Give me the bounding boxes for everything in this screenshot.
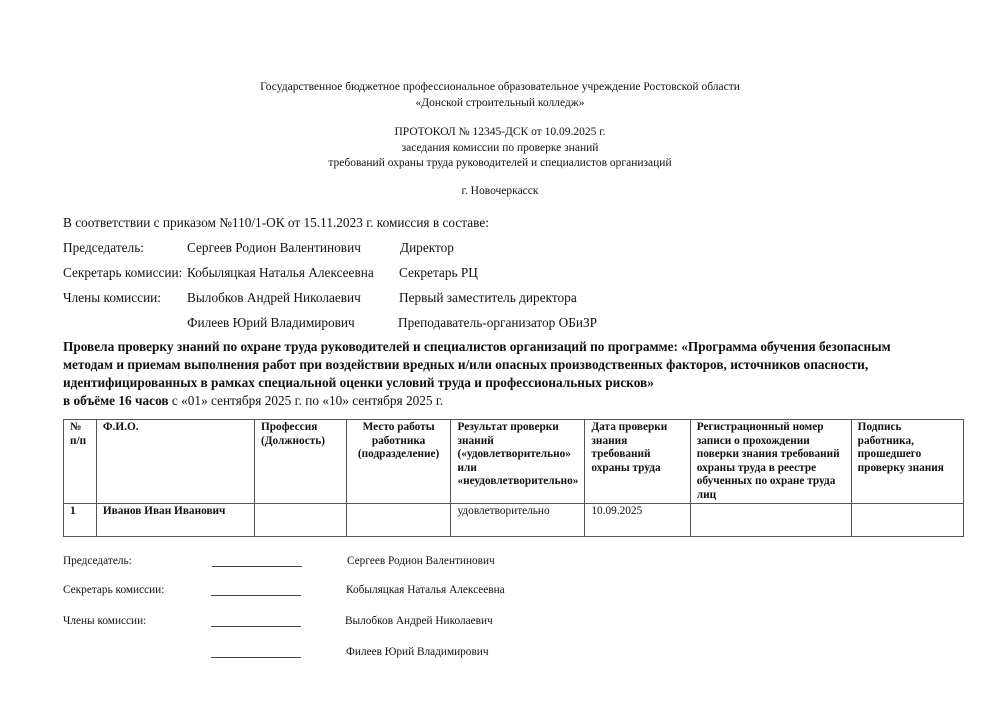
commission-intro: В соответствии с приказом №110/1-ОК от 1…: [63, 214, 489, 232]
member-position: Секретарь РЦ: [399, 264, 478, 282]
cell-fio: Иванов Иван Иванович: [96, 504, 254, 537]
member-position: Преподаватель-организатор ОБиЗР: [398, 314, 597, 332]
program-period: с «01» сентября 2025 г. по «10» сентября…: [169, 393, 444, 408]
protocol-subtitle-1: заседания комиссии по проверке знаний: [0, 140, 1000, 156]
cell-profession: [254, 504, 346, 537]
signature-line: [211, 595, 301, 596]
member-position: Директор: [400, 239, 454, 257]
signature-line: [212, 566, 302, 567]
program-volume: в объёме 16 часов: [63, 393, 169, 408]
results-table: № п/п Ф.И.О. Профессия (Должность) Место…: [63, 419, 964, 537]
signature-name: Кобыляцкая Наталья Алексеевна: [346, 583, 505, 597]
city: г. Новочеркасск: [0, 183, 1000, 199]
col-header-signature: Подпись работника, прошедшего проверку з…: [851, 420, 963, 504]
member-role: Члены комиссии:: [63, 289, 161, 307]
member-position: Первый заместитель директора: [399, 289, 577, 307]
col-header-number: № п/п: [64, 420, 97, 504]
col-header-reg-number: Регистрационный номер записи о прохожден…: [690, 420, 851, 504]
table-header-row: № п/п Ф.И.О. Профессия (Должность) Место…: [64, 420, 964, 504]
org-name-line1: Государственное бюджетное профессиональн…: [0, 79, 1000, 95]
signature-role: Председатель:: [63, 554, 132, 568]
member-name: Вылобков Андрей Николаевич: [187, 289, 361, 307]
signature-name: Филеев Юрий Владимирович: [346, 645, 489, 659]
protocol-subtitle-2: требований охраны труда руководителей и …: [0, 155, 1000, 171]
cell-reg-number: [690, 504, 851, 537]
cell-date: 10.09.2025: [585, 504, 690, 537]
cell-signature: [851, 504, 963, 537]
table-row: 1 Иванов Иван Иванович удовлетворительно…: [64, 504, 964, 537]
signature-line: [211, 657, 301, 658]
signature-role: Члены комиссии:: [63, 614, 146, 628]
member-name: Сергеев Родион Валентинович: [187, 239, 361, 257]
col-header-fio: Ф.И.О.: [96, 420, 254, 504]
cell-workplace: [346, 504, 451, 537]
member-role: Секретарь комиссии:: [63, 264, 182, 282]
signature-name: Сергеев Родион Валентинович: [347, 554, 495, 568]
signature-role: Секретарь комиссии:: [63, 583, 164, 597]
protocol-title: ПРОТОКОЛ № 12345-ДСК от 10.09.2025 г.: [0, 124, 1000, 140]
col-header-profession: Профессия (Должность): [254, 420, 346, 504]
signature-line: [211, 626, 301, 627]
program-text: Провела проверку знаний по охране труда …: [63, 339, 891, 390]
cell-number: 1: [64, 504, 97, 537]
member-name: Филеев Юрий Владимирович: [187, 314, 355, 332]
col-header-result: Результат проверки знаний («удовлетворит…: [451, 420, 585, 504]
org-name-line2: «Донской строительный колледж»: [0, 95, 1000, 111]
program-paragraph: Провела проверку знаний по охране труда …: [63, 338, 943, 410]
cell-result: удовлетворительно: [451, 504, 585, 537]
col-header-date: Дата проверки знания требований охраны т…: [585, 420, 690, 504]
signature-name: Вылобков Андрей Николаевич: [345, 614, 493, 628]
member-name: Кобыляцкая Наталья Алексеевна: [187, 264, 374, 282]
member-role: Председатель:: [63, 239, 144, 257]
col-header-workplace: Место работы работника (подразделение): [346, 420, 451, 504]
